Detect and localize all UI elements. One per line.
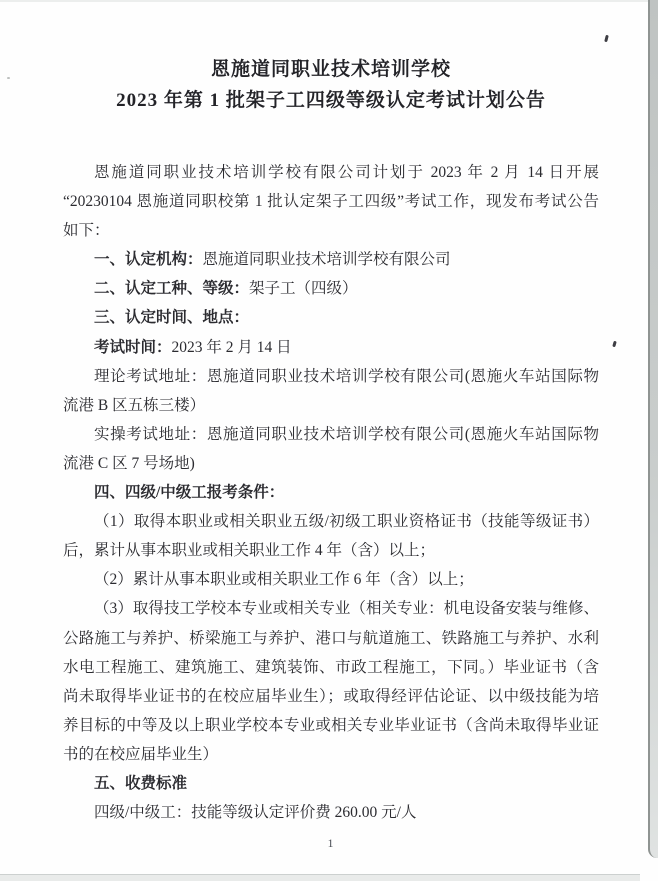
document-text-line: 二、认定工种、等级：架子工（四级） xyxy=(63,274,599,303)
text-segment: “20230104 恩施道同职校第 1 批认定架子工四级”考试工作，现发布考试公… xyxy=(63,193,599,210)
document-text-line: 流港 C 区 7 号场地) xyxy=(63,449,599,478)
text-segment: 尚未取得毕业证书的在校应届毕业生）；或取得经评估论证、以中级技能为培 xyxy=(63,688,599,705)
text-segment-bold: 考试时间： xyxy=(94,339,172,356)
document-text-line: （3）取得技工学校本专业或相关专业（相关专业：机电设备安装与维修、 xyxy=(63,594,599,623)
scan-artifact-mark xyxy=(604,35,609,43)
document-text-line: 尚未取得毕业证书的在校应届毕业生）；或取得经评估论证、以中级技能为培 xyxy=(63,682,599,711)
document-text-line: 考试时间：2023 年 2 月 14 日 xyxy=(63,333,599,362)
document-text-line: 理论考试地址：恩施道同职业技术培训学校有限公司(恩施火车站国际物 xyxy=(63,362,599,391)
document-text-line: （1）取得本职业或相关职业五级/初级工职业资格证书（技能等级证书） xyxy=(63,507,599,536)
text-segment-bold: 四、四级/中级工报考条件： xyxy=(94,484,284,501)
document-title-line: 恩施道同职业技术培训学校 xyxy=(63,54,599,85)
text-segment: 流港 B 区五栋三楼） xyxy=(63,397,205,414)
document-text-line: 实操考试地址：恩施道同职业技术培训学校有限公司(恩施火车站国际物 xyxy=(63,420,599,449)
document-text-line: （2）累计从事本职业或相关职业工作 6 年（含）以上； xyxy=(63,565,599,594)
text-segment: 2023 年第 1 批架子工四级等级认定考试计划公告 xyxy=(116,90,546,111)
text-segment: 四级/中级工：技能等级认定评价费 260.00 元/人 xyxy=(94,804,417,821)
text-segment: （2）累计从事本职业或相关职业工作 6 年（含）以上； xyxy=(94,571,474,588)
document-text-line: 公路施工与养护、桥梁施工与养护、港口与航道施工、铁路施工与养护、水利 xyxy=(63,624,599,653)
text-segment: 流港 C 区 7 号场地) xyxy=(63,455,195,472)
document-text-line: 水电工程施工、建筑施工、建筑装饰、市政工程施工，下同。）毕业证书（含 xyxy=(63,653,599,682)
document-text-line: 四级/中级工：技能等级认定评价费 260.00 元/人 xyxy=(63,798,599,827)
text-segment: 水电工程施工、建筑施工、建筑装饰、市政工程施工，下同。）毕业证书（含 xyxy=(63,659,599,676)
text-segment: 恩施道同职业技术培训学校有限公司 xyxy=(203,251,451,268)
text-segment: 后，累计从事本职业或相关职业工作 4 年（含）以上； xyxy=(63,542,435,559)
document-text-line: 一、认定机构：恩施道同职业技术培训学校有限公司 xyxy=(63,245,599,274)
document-text-line: 四、四级/中级工报考条件： xyxy=(63,478,599,507)
document-text-line: 后，累计从事本职业或相关职业工作 4 年（含）以上； xyxy=(63,536,599,565)
text-segment: 2023 年 2 月 14 日 xyxy=(172,339,292,356)
scan-artifact-mark xyxy=(612,341,617,348)
text-segment: 养目标的中等及以上职业学校本专业或相关专业毕业证书（含尚未取得毕业证 xyxy=(63,717,599,734)
text-segment: 实操考试地址：恩施道同职业技术培训学校有限公司(恩施火车站国际物 xyxy=(94,426,599,443)
text-segment-bold: 五、收费标准 xyxy=(94,775,187,792)
document-body: 恩施道同职业技术培训学校2023 年第 1 批架子工四级等级认定考试计划公告恩施… xyxy=(63,54,599,827)
text-segment: 恩施道同职业技术培训学校有限公司计划于 2023 年 2 月 14 日开展 xyxy=(94,164,599,181)
text-segment-bold: 一、认定机构： xyxy=(94,251,203,268)
document-title-line: 2023 年第 1 批架子工四级等级认定考试计划公告 xyxy=(63,85,599,116)
text-segment: 公路施工与养护、桥梁施工与养护、港口与航道施工、铁路施工与养护、水利 xyxy=(63,630,599,647)
page-number: 1 xyxy=(63,836,599,851)
document-text-line: 五、收费标准 xyxy=(63,769,599,798)
document-text-line: 恩施道同职业技术培训学校有限公司计划于 2023 年 2 月 14 日开展 xyxy=(63,158,599,187)
document-text-line: 如下： xyxy=(63,216,599,245)
document-text-line: 流港 B 区五栋三楼） xyxy=(63,391,599,420)
text-segment-bold: 二、认定工种、等级： xyxy=(94,280,249,297)
document-text-line: 书的在校应届毕业生） xyxy=(63,740,599,769)
text-segment: 理论考试地址：恩施道同职业技术培训学校有限公司(恩施火车站国际物 xyxy=(94,368,599,385)
document-text-line: “20230104 恩施道同职校第 1 批认定架子工四级”考试工作，现发布考试公… xyxy=(63,187,599,216)
scan-edge-right xyxy=(648,0,658,858)
document-text-line: 养目标的中等及以上职业学校本专业或相关专业毕业证书（含尚未取得毕业证 xyxy=(63,711,599,740)
scan-edge-top xyxy=(0,0,658,2)
scanned-page: 恩施道同职业技术培训学校2023 年第 1 批架子工四级等级认定考试计划公告恩施… xyxy=(0,0,658,881)
text-segment: 架子工（四级） xyxy=(249,280,358,297)
text-segment: （1）取得本职业或相关职业五级/初级工职业资格证书（技能等级证书） xyxy=(94,513,599,530)
text-segment: 恩施道同职业技术培训学校 xyxy=(211,59,451,80)
document-text-line: 三、认定时间、地点： xyxy=(63,303,599,332)
scan-artifact-speck xyxy=(7,77,10,79)
scan-edge-bottom xyxy=(0,874,640,881)
text-segment: （3）取得技工学校本专业或相关专业（相关专业：机电设备安装与维修、 xyxy=(94,600,599,617)
text-segment: 如下： xyxy=(63,222,110,239)
text-segment-bold: 三、认定时间、地点： xyxy=(94,309,249,326)
text-segment: 书的在校应届毕业生） xyxy=(63,746,218,763)
